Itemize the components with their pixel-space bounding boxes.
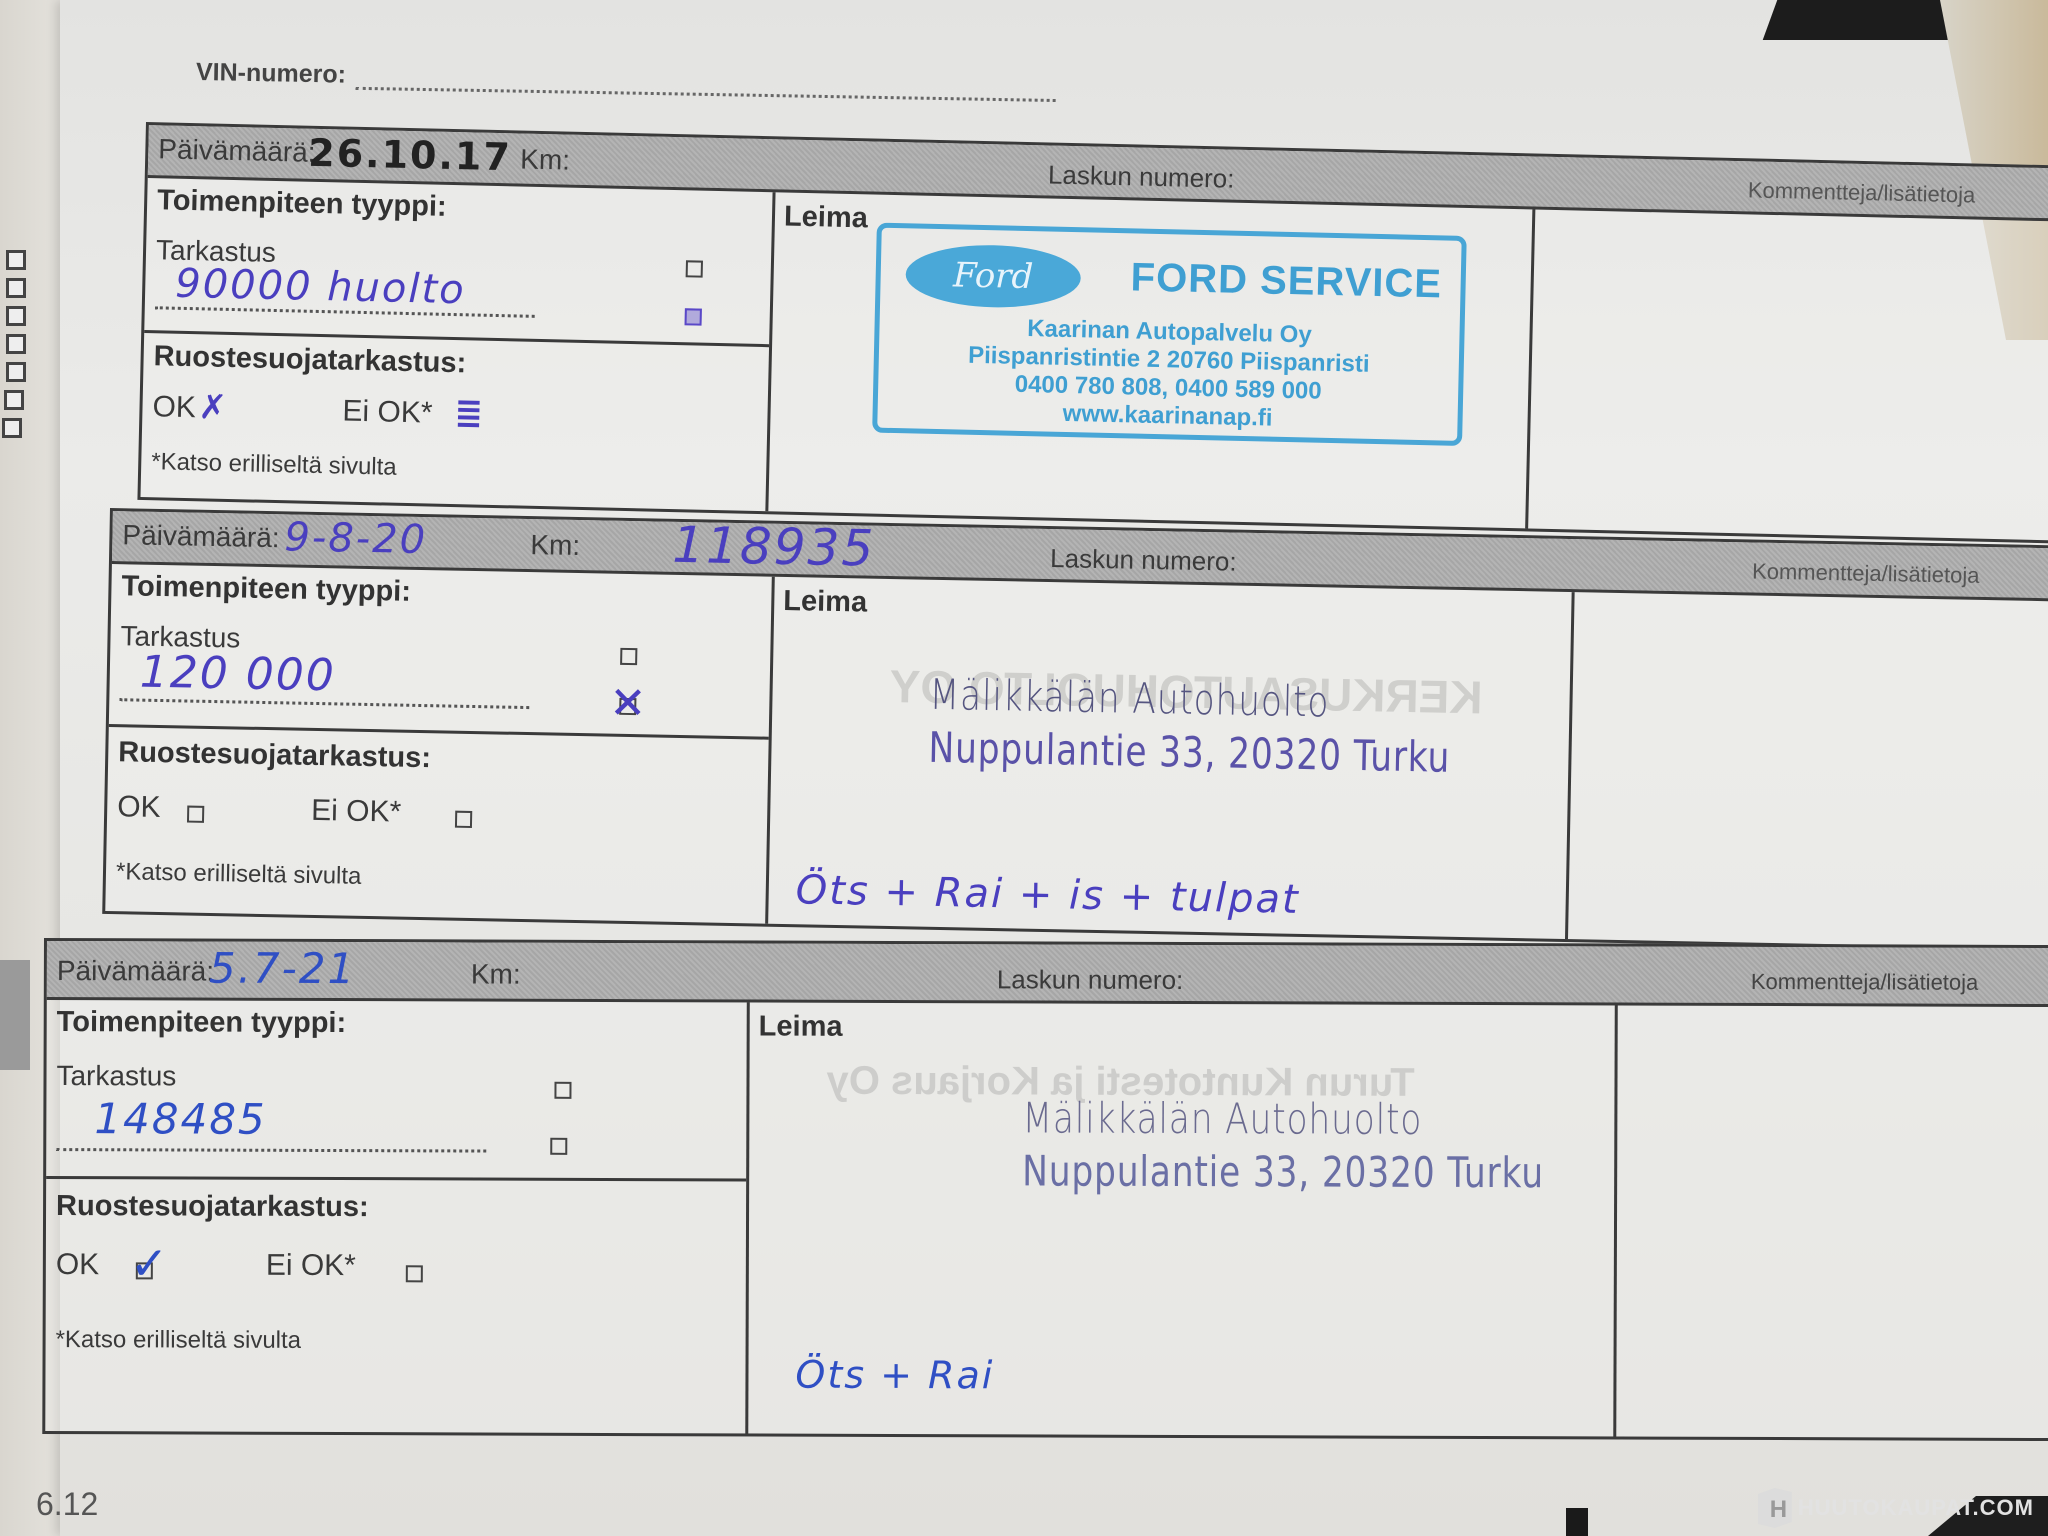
- km-label: Km:: [530, 529, 580, 562]
- service-entry-1: Päivämäärä: 26.10.17 Km: Laskun numero: …: [137, 122, 2048, 545]
- invoice-label: Laskun numero:: [1048, 159, 1235, 194]
- date-value: 9-8-20: [284, 514, 428, 563]
- vin-field: VIN-numero:: [196, 58, 1056, 102]
- km-label: Km:: [471, 958, 521, 990]
- footnote: *Katso erilliseltä sivulta: [151, 448, 397, 482]
- date-label: Päivämäärä:: [57, 955, 214, 988]
- stamp-section: Leima KERKUSAUTOHUOLTO OY Mälikkälän Aut…: [765, 577, 1575, 939]
- dotted-line: [56, 1146, 486, 1153]
- stamp-line: Nuppulantie 33, 20320 Turku: [1022, 1146, 1544, 1197]
- service-entry-3: Päivämäärä: 5.7-21 Km: Laskun numero: Ko…: [42, 938, 2048, 1441]
- shaded-area: [0, 960, 30, 1070]
- stamp-line: Nuppulantie 33, 20320 Turku: [928, 723, 1451, 782]
- operation-section: Toimenpiteen tyyppi: Tarkastus 148485 Ru…: [45, 1000, 750, 1433]
- watermark-text: HUUTOKAUPAT.COM: [1798, 1495, 2034, 1521]
- ford-logo-icon: Ford: [905, 243, 1081, 309]
- ok-checkmark-icon: ✗: [198, 387, 229, 428]
- km-label: Km:: [520, 144, 570, 177]
- operation-handwritten: 148485: [94, 1094, 267, 1144]
- comments-section: [1528, 210, 2048, 542]
- ok-label: OK: [117, 790, 161, 825]
- comments-section: [1616, 1005, 2048, 1438]
- other-checkbox[interactable]: [550, 1138, 567, 1155]
- ford-service-stamp: Ford FORD SERVICE Kaarinan Autopalvelu O…: [872, 223, 1467, 446]
- workshop-stamp: Mälikkälän Autohuolto Nuppulantie 33, 20…: [1022, 1093, 1659, 1197]
- not-ok-checkbox[interactable]: [455, 811, 472, 828]
- stamp-line: Mälikkälän Autohuolto: [929, 670, 1452, 729]
- binding-mark: [1566, 1508, 1588, 1536]
- not-ok-label: Ei OK*: [342, 395, 433, 431]
- other-checkbox-checked[interactable]: [685, 308, 702, 325]
- ok-label: OK: [56, 1248, 99, 1282]
- not-ok-mark-icon: ≣: [454, 393, 485, 434]
- ok-checkbox[interactable]: [187, 806, 204, 823]
- footnote: *Katso erilliseltä sivulta: [56, 1326, 302, 1355]
- operation-section: Toimenpiteen tyyppi: Tarkastus 90000 huo…: [140, 178, 775, 511]
- footnote: *Katso erilliseltä sivulta: [116, 858, 362, 891]
- checkbox-icon: [6, 306, 26, 326]
- checkbox-icon: [4, 390, 24, 410]
- inspection-checkbox[interactable]: [620, 648, 637, 665]
- date-value: 26.10.17: [308, 131, 512, 180]
- workshop-stamp: Mälikkälän Autohuolto Nuppulantie 33, 20…: [928, 670, 1566, 784]
- handwritten-note: Öts + Rai: [795, 1353, 994, 1398]
- entry-header: Päivämäärä: 5.7-21 Km: Laskun numero: Ko…: [47, 941, 2048, 1007]
- operation-section: Toimenpiteen tyyppi: Tarkastus 120 000 ✕…: [105, 564, 775, 924]
- service-book-page: VIN-numero: Päivämäärä: 26.10.17 Km: Las…: [60, 0, 2048, 1536]
- date-label: Päivämäärä:: [122, 519, 280, 554]
- stamp-section: Leima Turun Kuntotesti ja Korjaus Oy Mäl…: [745, 1002, 1617, 1436]
- inspection-checkbox[interactable]: [686, 260, 703, 277]
- vin-dotted-line: [356, 69, 1056, 102]
- stamp-line: Mälikkälän Autohuolto: [1022, 1093, 1544, 1144]
- operation-type-title: Toimenpiteen tyyppi:: [57, 1006, 347, 1040]
- invoice-label: Laskun numero:: [997, 964, 1184, 996]
- huutokaupat-logo-icon: H: [1758, 1488, 1792, 1528]
- checkbox-icon: [6, 334, 26, 354]
- ok-checkmark-icon: ✓: [130, 1236, 171, 1290]
- watermark: H HUUTOKAUPAT.COM: [1758, 1488, 2034, 1528]
- stamp-section: Leima Ford FORD SERVICE Kaarinan Autopal…: [765, 192, 1535, 528]
- section-divider: [46, 1176, 746, 1181]
- rust-check-title: Ruostesuojatarkastus:: [56, 1190, 369, 1224]
- inspection-checkbox[interactable]: [554, 1082, 571, 1099]
- date-label: Päivämäärä:: [158, 133, 316, 169]
- operation-type-title: Toimenpiteen tyyppi:: [157, 184, 447, 224]
- comments-section: [1568, 592, 2048, 949]
- rust-check-title: Ruostesuojatarkastus:: [118, 736, 431, 775]
- not-ok-checkbox[interactable]: [406, 1265, 423, 1282]
- checkbox-icon: [2, 418, 22, 438]
- checkbox-icon: [6, 250, 26, 270]
- comments-label: Kommentteja/lisätietoja: [1751, 969, 1979, 996]
- page-number: 6.12: [36, 1486, 98, 1523]
- not-ok-label: Ei OK*: [266, 1249, 356, 1283]
- vin-label: VIN-numero:: [196, 58, 346, 90]
- rust-check-title: Ruostesuojatarkastus:: [153, 340, 466, 380]
- service-entry-2: Päivämäärä: 9-8-20 Km: 118935 Laskun num…: [102, 508, 2048, 952]
- operation-handwritten: 120 000: [139, 647, 336, 702]
- checkbox-icon: [6, 362, 26, 382]
- date-value: 5.7-21: [209, 944, 357, 994]
- checkbox-icon: [6, 278, 26, 298]
- km-value: 118935: [672, 516, 876, 578]
- invoice-label: Laskun numero:: [1050, 543, 1237, 578]
- x-mark-icon: ✕: [609, 678, 649, 730]
- operation-type-title: Toimenpiteen tyyppi:: [121, 570, 411, 609]
- comments-label: Kommentteja/lisätietoja: [1752, 559, 1980, 589]
- stamp-label: Leima: [783, 585, 867, 620]
- inspection-label: Tarkastus: [56, 1060, 176, 1092]
- handwritten-note: Öts + Rai + is + tulpat: [795, 867, 1300, 923]
- stamp-label: Leima: [759, 1010, 843, 1043]
- comments-label: Kommentteja/lisätietoja: [1748, 177, 1976, 208]
- stamp-label: Leima: [784, 201, 869, 236]
- stamp-title: FORD SERVICE: [1130, 255, 1442, 307]
- not-ok-label: Ei OK*: [311, 794, 402, 830]
- ok-label: OK: [152, 390, 196, 425]
